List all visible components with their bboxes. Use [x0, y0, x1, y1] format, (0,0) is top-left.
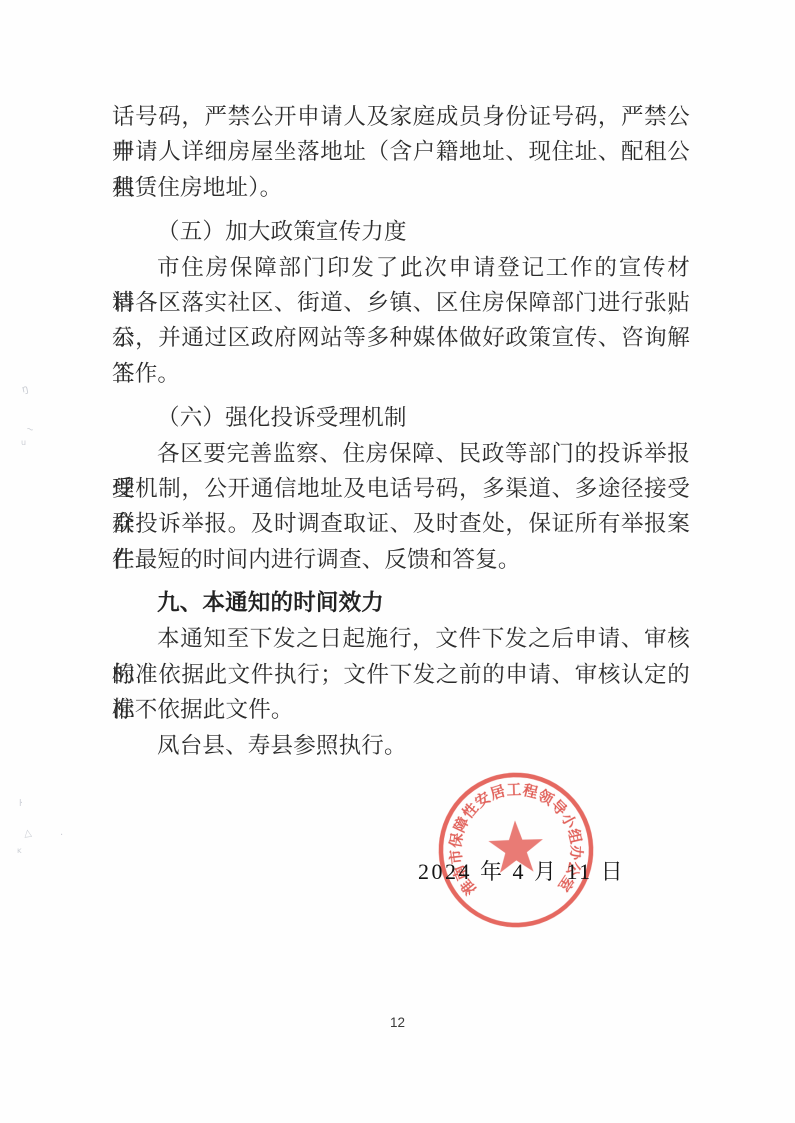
scan-artifact: ŋ	[21, 383, 29, 395]
document-text-line: 租赁住房地址）。	[112, 170, 690, 205]
document-page: 话号码，严禁公开申请人及家庭成员身份证号码，严禁公开申请人详细房屋坐落地址（含户…	[0, 0, 795, 1123]
scan-artifact: ĸ	[17, 846, 22, 855]
document-text-line: 话号码，严禁公开申请人及家庭成员身份证号码，严禁公开	[112, 99, 690, 134]
document-text-line: 示，并通过区政府网站等多种媒体做好政策宣传、咨询解答	[112, 320, 690, 355]
seal-svg: 淮南市保障性安居工程领导小组办公室	[434, 768, 597, 931]
document-text-line: 本通知至下发之日起施行，文件下发之后申请、审核的	[112, 621, 690, 656]
page-number: 12	[0, 1015, 795, 1030]
seal-text-char: 组	[564, 827, 585, 846]
document-text-line: 准不依据此文件。	[112, 692, 690, 727]
document-text-line: 申请人详细房屋坐落地址（含户籍地址、现住址、配租公共	[112, 134, 690, 169]
document-text-line: 各区要完善监察、住房保障、民政等部门的投诉举报受	[112, 436, 690, 471]
scan-artifact: ·	[60, 830, 63, 841]
document-text-line: 工作。	[112, 356, 690, 391]
scan-artifact: △	[23, 828, 32, 840]
document-text-line: 在最短的时间内进行调查、反馈和答复。	[112, 542, 690, 577]
scan-artifact: ŀ	[19, 799, 22, 809]
document-text-line: 理机制，公开通信地址及电话号码，多渠道、多途径接受群	[112, 471, 690, 506]
document-text-line: （六）强化投诉受理机制	[112, 400, 690, 435]
document-heading-line: 九、本通知的时间效力	[112, 586, 690, 621]
seal-text-char: 工	[506, 782, 522, 799]
document-text-line: （五）加大政策宣传力度	[112, 214, 690, 249]
scan-artifact: ~	[25, 424, 35, 436]
document-text-line: 凤台县、寿县参照执行。	[112, 728, 690, 763]
document-text-line: 标准依据此文件执行；文件下发之前的申请、审核认定的标	[112, 657, 690, 692]
document-text-line: 请各区落实社区、街道、乡镇、区住房保障部门进行张贴公	[112, 285, 690, 320]
document-text-line: 众投诉举报。及时调查取证、及时查处，保证所有举报案件	[112, 506, 690, 541]
official-seal: 淮南市保障性安居工程领导小组办公室	[434, 768, 597, 931]
date-text: 2024 年 4 月 11 日	[418, 855, 625, 886]
document-body: 话号码，严禁公开申请人及家庭成员身份证号码，严禁公开申请人详细房屋坐落地址（含户…	[112, 99, 690, 763]
scan-artifact: u	[21, 438, 26, 447]
document-text-line: 市住房保障部门印发了此次申请登记工作的宣传材料，	[112, 250, 690, 285]
